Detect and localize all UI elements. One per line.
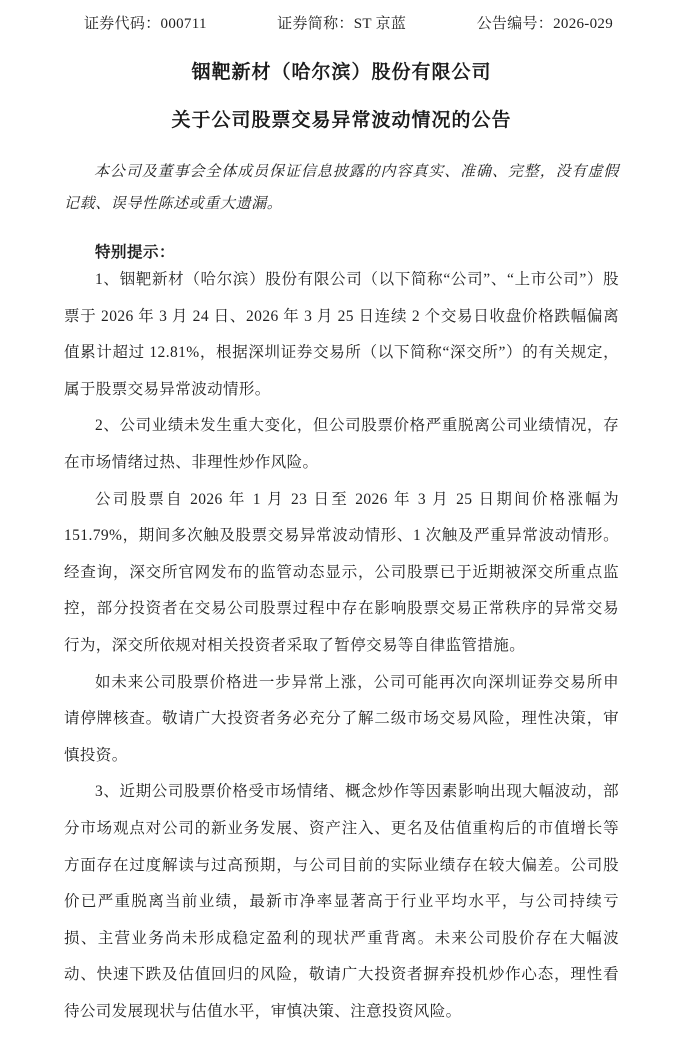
announcement-document: 证券代码：000711 证券简称：ST 京蓝 公告编号：2026-029 铟靶新… xyxy=(0,0,682,1054)
paragraph-price-increase-details: 公司股票自 2026 年 1 月 23 日至 2026 年 3 月 25 日期间… xyxy=(64,482,619,665)
announcement-number-value: 2026-029 xyxy=(553,16,613,32)
board-declaration-text: 本公司及董事会全体成员保证信息披露的内容真实、准确、完整，没有虚假记载、误导性陈… xyxy=(64,156,619,220)
document-header: 证券代码：000711 证券简称：ST 京蓝 公告编号：2026-029 xyxy=(64,12,619,33)
stock-name: 证券简称：ST 京蓝 xyxy=(277,12,406,33)
stock-code-label: 证券代码： xyxy=(84,16,161,32)
announcement-number-label: 公告编号： xyxy=(477,16,554,32)
stock-code-value: 000711 xyxy=(161,16,207,32)
special-notice-label: 特别提示： xyxy=(64,240,619,262)
paragraph-abnormal-fluctuation: 1、铟靶新材（哈尔滨）股份有限公司（以下简称“公司”、“上市公司”）股票于 20… xyxy=(64,262,619,408)
announcement-subject-title: 关于公司股票交易异常波动情况的公告 xyxy=(64,105,619,132)
company-name-title: 铟靶新材（哈尔滨）股份有限公司 xyxy=(64,57,619,84)
announcement-number: 公告编号：2026-029 xyxy=(477,12,613,33)
paragraph-suspension-warning: 如未来公司股票价格进一步异常上涨，公司可能再次向深圳证券交易所申请停牌核查。敬请… xyxy=(64,665,619,775)
stock-name-value: ST 京蓝 xyxy=(354,16,406,32)
stock-code: 证券代码：000711 xyxy=(84,12,207,33)
paragraph-risk-warning: 3、近期公司股票价格受市场情绪、概念炒作等因素影响出现大幅波动，部分市场观点对公… xyxy=(64,774,619,1030)
paragraph-performance-unchanged: 2、公司业绩未发生重大变化，但公司股票价格严重脱离公司业绩情况，存在市场情绪过热… xyxy=(64,408,619,481)
stock-name-label: 证券简称： xyxy=(277,16,354,32)
